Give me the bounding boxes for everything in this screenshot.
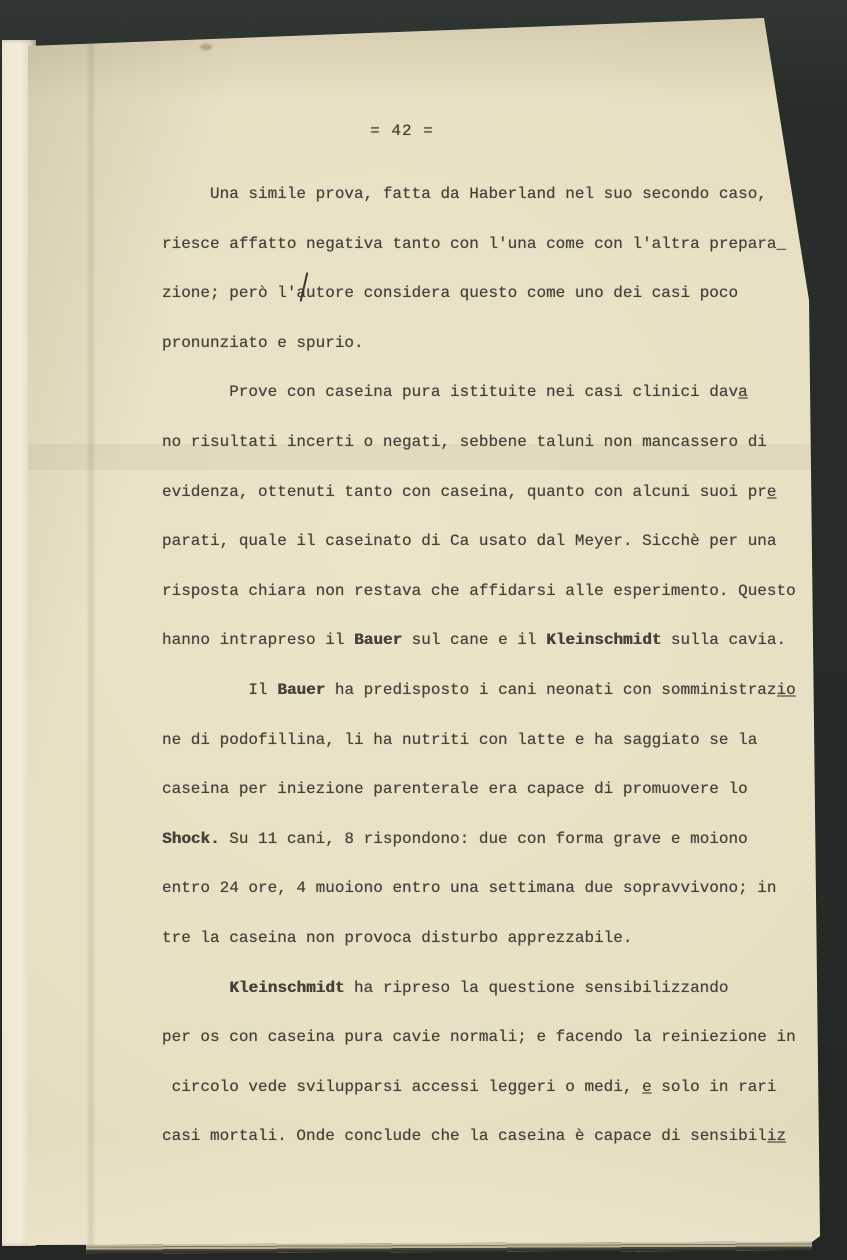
stain-spot [200, 44, 212, 50]
document-page: = 42 = Una simile prova, fatta da Haberl… [24, 14, 824, 1254]
text-line: Kleinschmidt ha ripreso la questione sen… [162, 964, 810, 1014]
page-number: = 42 = [24, 120, 780, 142]
text-line: no risultati incerti o negati, sebbene t… [162, 418, 810, 468]
text-line: pronunziato e spurio. [162, 319, 810, 369]
text-line: Prove con caseina pura istituite nei cas… [162, 368, 810, 418]
page-stack-edges [86, 1241, 812, 1253]
text-line: tre la caseina non provoca disturbo appr… [162, 914, 810, 964]
text-line: Una simile prova, fatta da Haberland nel… [162, 170, 810, 220]
scan-background: = 42 = Una simile prova, fatta da Haberl… [0, 0, 847, 1260]
text-line: ne di podofillina, li ha nutriti con lat… [162, 716, 810, 766]
text-line: circolo vede svilupparsi accessi leggeri… [162, 1063, 810, 1113]
text-line: parati, quale il caseinato di Ca usato d… [162, 517, 810, 567]
text-line: hanno intrapreso il Bauer sul cane e il … [162, 616, 810, 666]
text-line: per os con caseina pura cavie normali; e… [162, 1013, 810, 1063]
text-lines: Una simile prova, fatta da Haberland nel… [162, 170, 810, 1162]
text-line: caseina per iniezione parenterale era ca… [162, 765, 810, 815]
text-line: evidenza, ottenuti tanto con caseina, qu… [162, 468, 810, 518]
text-line: entro 24 ore, 4 muoiono entro una settim… [162, 864, 810, 914]
text-line: risposta chiara non restava che affidars… [162, 567, 810, 617]
text-line: zione; però l'autore considera questo co… [162, 269, 810, 319]
text-line: Il Bauer ha predisposto i cani neonati c… [162, 666, 810, 716]
text-line: casi mortali. Onde conclude che la casei… [162, 1112, 810, 1162]
page-crease [86, 14, 96, 1254]
text-line: riesce affatto negativa tanto con l'una … [162, 220, 810, 270]
text-line: Shock. Su 11 cani, 8 rispondono: due con… [162, 815, 810, 865]
